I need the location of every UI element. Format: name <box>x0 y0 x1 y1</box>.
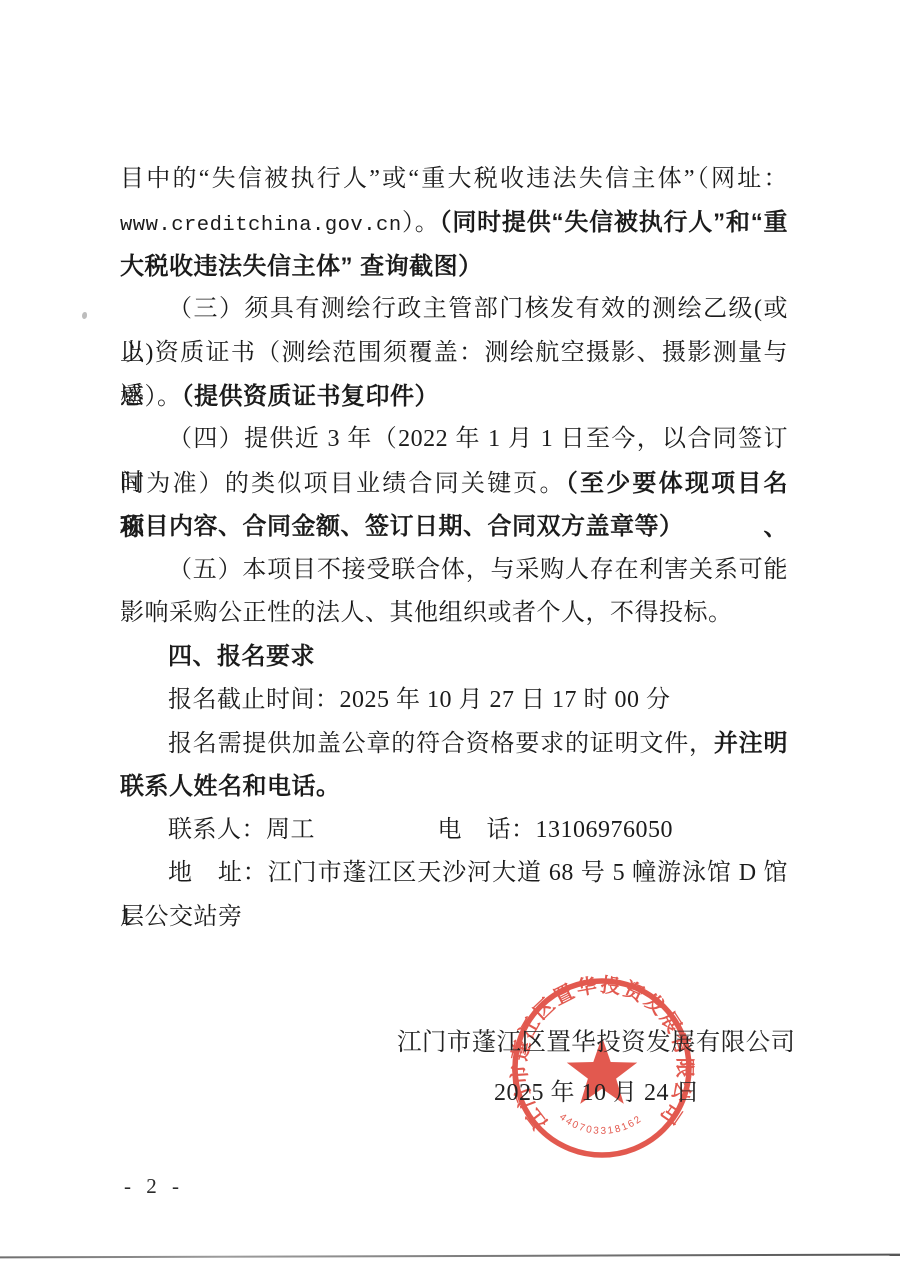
text-segment: 目中的“失信被执行人”或“重大税收违法失信主体”（网址： <box>120 166 788 192</box>
page-number: - 2 - <box>124 1174 184 1199</box>
text-segment: 感）。 <box>120 384 182 410</box>
text-segment: 层公交站旁 <box>120 904 243 930</box>
document-body: 目中的“失信被执行人”或“重大税收违法失信主体”（网址：www.creditch… <box>0 158 900 939</box>
text-segment: 联系人：周工 电 话：13106976050 <box>168 817 673 843</box>
text-line: 层公交站旁 <box>0 896 900 939</box>
text-segment: 间为准）的类似项目业绩合同关键页。 <box>120 471 566 497</box>
text-segment: 并注明 <box>714 730 788 757</box>
text-line: 目中的“失信被执行人”或“重大税收违法失信主体”（网址： <box>0 158 900 201</box>
text-segment: （五）本项目不接受联合体，与采购人存在利害关系可能 <box>168 557 788 583</box>
company-seal-icon: 江门市蓬江区置华投资发展有限公司 4407033181624 <box>492 958 712 1178</box>
text-line: 报名需提供加盖公章的符合资格要求的证明文件，并注明 <box>0 722 900 765</box>
text-line: www.creditchina.gov.cn）。（同时提供“失信被执行人”和“重 <box>0 201 900 244</box>
text-segment: （同时提供“失信被执行人”和“重 <box>440 209 788 236</box>
text-line: 地 址：江门市蓬江区天沙河大道 68 号 5 幢游泳馆 D 馆 1 <box>0 852 900 895</box>
text-line: 感）。（提供资质证书复印件） <box>0 375 900 418</box>
text-segment: www.creditchina.gov.cn <box>120 214 402 237</box>
text-segment: 报名需提供加盖公章的符合资格要求的证明文件， <box>168 731 714 757</box>
text-line: （五）本项目不接受联合体，与采购人存在利害关系可能 <box>0 549 900 592</box>
text-segment: 四、报名要求 <box>168 643 315 670</box>
text-line: （四）提供近 3 年（2022 年 1 月 1 日至今，以合同签订时 <box>0 418 900 461</box>
text-line: 联系人姓名和电话。 <box>0 765 900 808</box>
text-segment: 报名截止时间：2025 年 10 月 27 日 17 时 00 分 <box>168 687 671 713</box>
text-segment: （提供资质证书复印件） <box>182 383 440 410</box>
text-line: 影响采购公正性的法人、其他组织或者个人，不得投标。 <box>0 592 900 635</box>
text-line: 上)资质证书（测绘范围须覆盖：测绘航空摄影、摄影测量与遥 <box>0 332 900 375</box>
signature-company: 江门市蓬江区置华投资发展有限公司 <box>397 1026 795 1060</box>
text-segment: 联系人姓名和电话。 <box>120 773 341 800</box>
text-line: 联系人：周工 电 话：13106976050 <box>0 809 900 852</box>
scan-edge-line <box>0 1254 900 1259</box>
text-line: 大税收违法失信主体” 查询截图） <box>0 245 900 288</box>
text-line: 报名截止时间：2025 年 10 月 27 日 17 时 00 分 <box>0 679 900 722</box>
text-segment: 大税收违法失信主体” 查询截图） <box>120 253 483 280</box>
text-segment: 项目内容、合同金额、签订日期、合同双方盖章等） <box>120 513 684 540</box>
text-segment: 影响采购公正性的法人、其他组织或者个人，不得投标。 <box>120 600 733 626</box>
text-line: 间为准）的类似项目业绩合同关键页。（至少要体现项目名称、 <box>0 462 900 505</box>
text-line: 四、报名要求 <box>0 635 900 678</box>
document-page: 目中的“失信被执行人”或“重大税收违法失信主体”（网址：www.creditch… <box>0 0 900 1272</box>
signature-date: 2025 年 10 月 24 日 <box>494 1076 700 1110</box>
text-line: （三）须具有测绘行政主管部门核发有效的测绘乙级(或以 <box>0 288 900 331</box>
text-segment: ）。 <box>402 210 440 236</box>
